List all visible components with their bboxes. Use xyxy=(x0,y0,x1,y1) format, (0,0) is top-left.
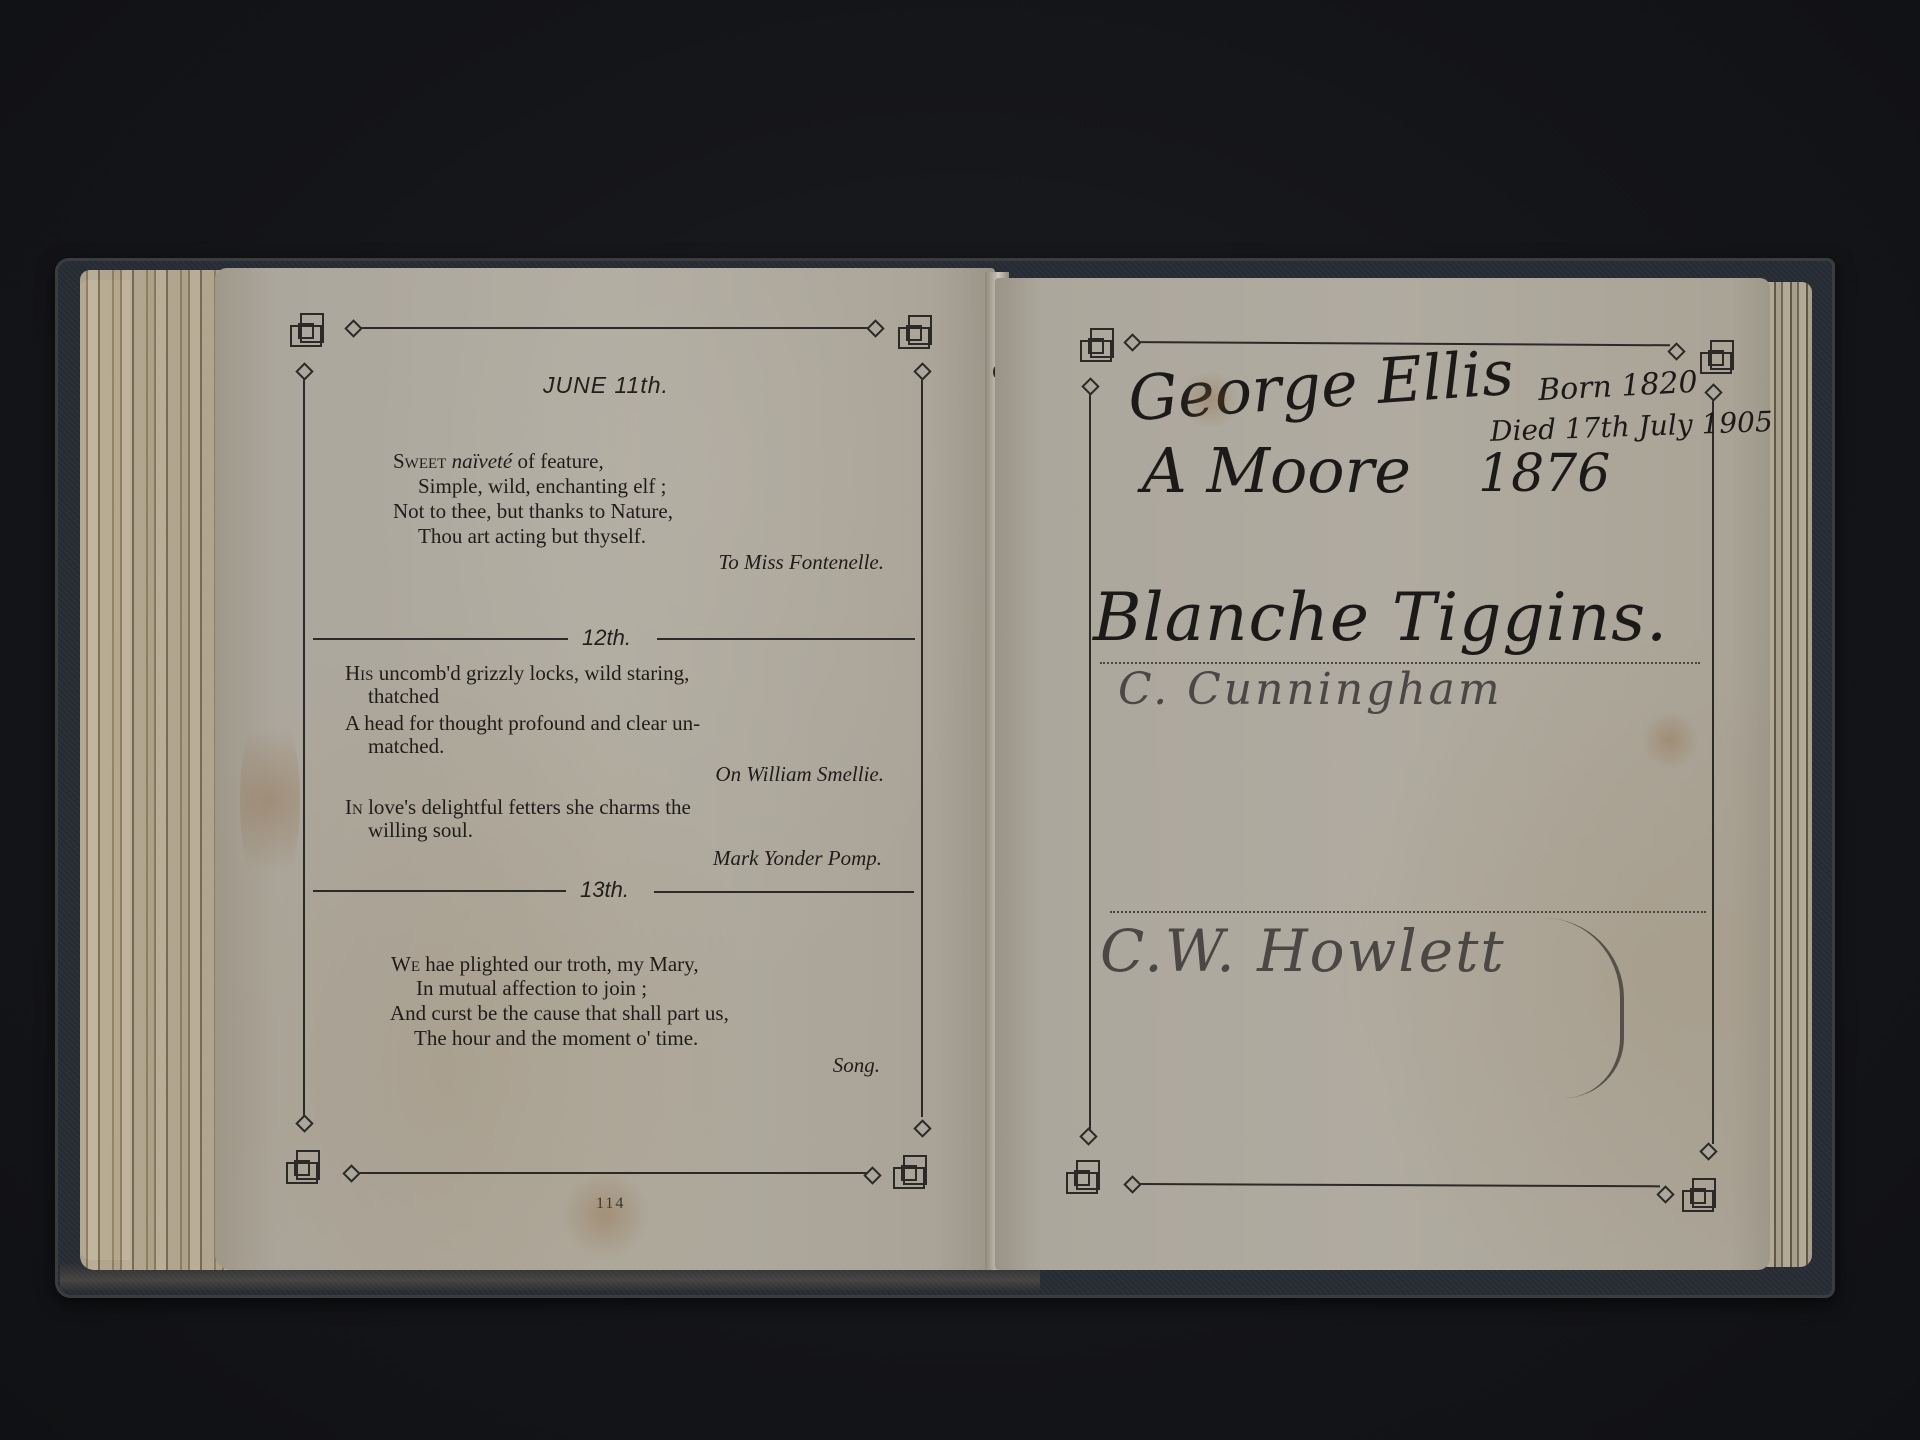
verse-line: In love's delightful fetters she charms … xyxy=(345,797,691,818)
paper-stain xyxy=(1180,370,1240,430)
paper-stain xyxy=(1640,710,1700,770)
verse-line: Simple, wild, enchanting elf ; xyxy=(418,476,666,497)
signature-cw-howlett: C.W. Howlett xyxy=(1100,922,1506,980)
verse-line: In mutual affection to join ; xyxy=(416,978,647,999)
left-page-stack xyxy=(80,270,230,1270)
verse-line: willing soul. xyxy=(368,820,473,841)
verse-line: Sweet naïveté of feature, xyxy=(393,451,604,472)
frame-left-line xyxy=(303,372,305,1117)
frame-right-line xyxy=(921,372,923,1117)
verse-line: Not to thee, but thanks to Nature, xyxy=(393,501,673,522)
signature-blanche-tiggins: Blanche Tiggins. xyxy=(1093,585,1668,651)
day-label: 12th. xyxy=(582,625,631,651)
divider-line xyxy=(654,891,914,893)
frame-left-line xyxy=(1089,385,1091,1130)
frame-top-line xyxy=(350,327,878,329)
verse-line: Thou art acting but thyself. xyxy=(418,526,646,547)
signature-a-moore: A Moore xyxy=(1142,440,1411,502)
divider-line xyxy=(313,638,568,640)
paper-stain xyxy=(560,1170,650,1260)
verse-line: matched. xyxy=(368,736,444,757)
verse-line: We hae plighted our troth, my Mary, xyxy=(391,954,699,975)
signature-year: 1876 xyxy=(1478,448,1610,500)
frame-right-line xyxy=(1712,392,1714,1144)
attribution: On William Smellie. xyxy=(715,764,884,785)
day-label: 13th. xyxy=(580,877,629,903)
corner-ornament-icon xyxy=(898,315,938,355)
divider-line xyxy=(657,638,915,640)
corner-ornament-icon xyxy=(286,1150,326,1190)
corner-ornament-icon xyxy=(1700,340,1740,380)
corner-ornament-icon xyxy=(1080,328,1120,368)
verse-line: The hour and the moment o' time. xyxy=(414,1028,698,1049)
verse-line: His uncomb'd grizzly locks, wild staring… xyxy=(345,663,885,684)
corner-ornament-icon xyxy=(1682,1178,1722,1218)
corner-ornament-icon xyxy=(290,313,330,353)
attribution: Mark Yonder Pomp. xyxy=(713,848,882,869)
corner-ornament-icon xyxy=(1066,1160,1106,1200)
verse-line: thatched xyxy=(368,686,439,707)
signature-line xyxy=(1110,911,1706,913)
attribution: Song. xyxy=(833,1055,880,1076)
signature-c-cunningham: C. Cunningham xyxy=(1118,668,1503,712)
corner-ornament-icon xyxy=(893,1155,933,1195)
signature-note-born: Born 1820 xyxy=(1537,368,1698,406)
verse-line: A head for thought profound and clear un… xyxy=(345,713,700,734)
paper-stain xyxy=(240,700,300,900)
attribution: To Miss Fontenelle. xyxy=(719,552,884,573)
divider-line xyxy=(313,890,566,892)
verse-line: And curst be the cause that shall part u… xyxy=(390,1003,729,1024)
page-title: JUNE 11th. xyxy=(543,374,669,397)
